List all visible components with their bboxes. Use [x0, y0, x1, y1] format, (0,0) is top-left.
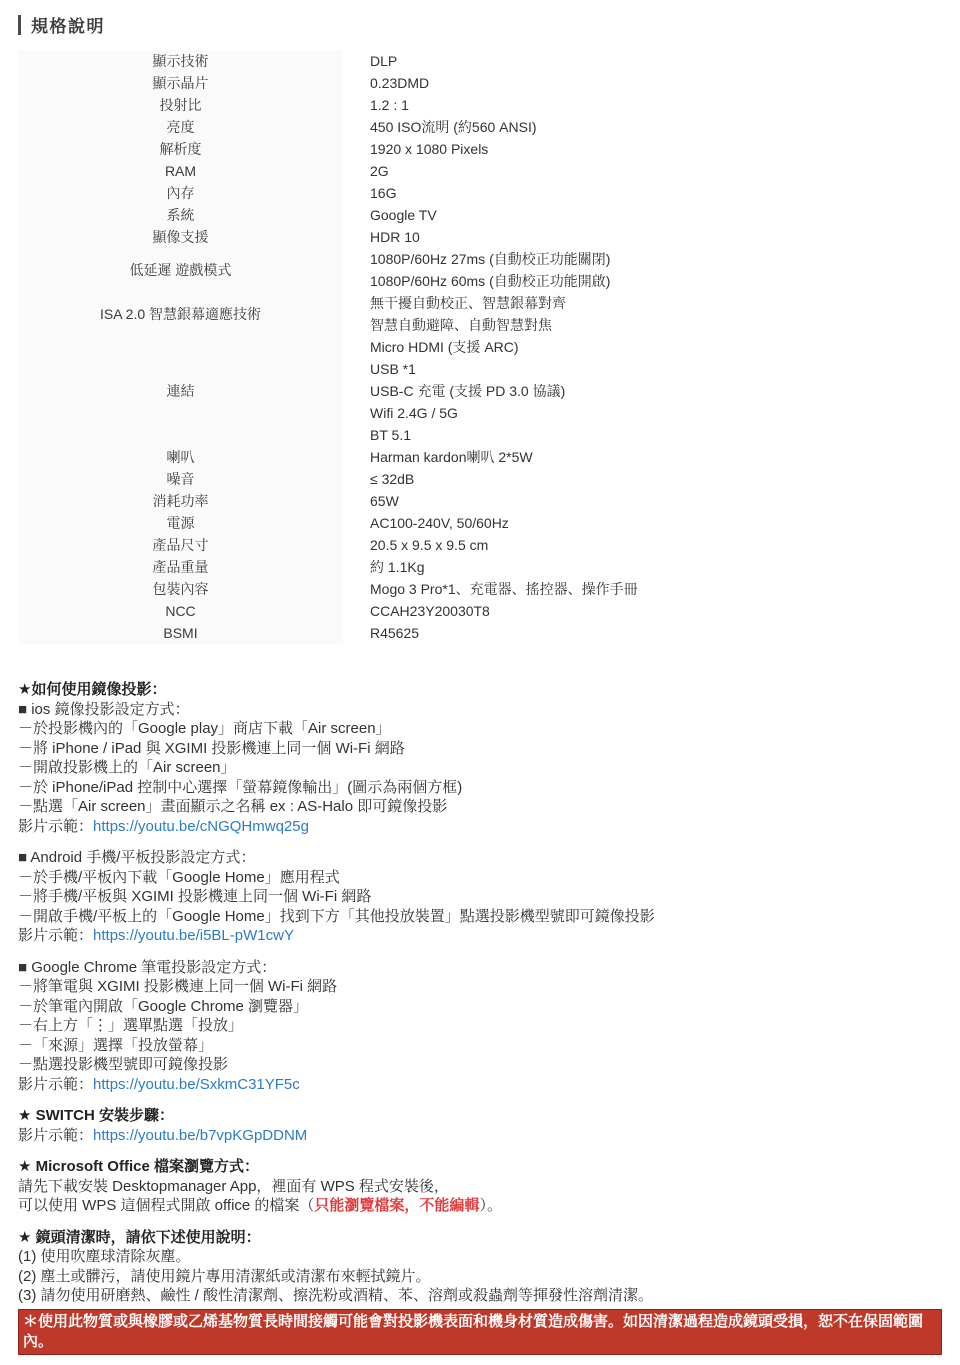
- plain-text: ）。: [479, 1197, 502, 1214]
- spec-label: BSMI: [18, 622, 343, 644]
- section-heading: ★ 鏡頭清潔時，請依下述使用說明：: [18, 1228, 942, 1248]
- info-sections: ★如何使用鏡像投影：■ ios 鏡像投影設定方式：－於投影機內的「Google …: [18, 680, 942, 1355]
- section-title-row: 規格說明: [18, 12, 942, 37]
- spec-label: 解析度: [18, 138, 343, 160]
- spec-value: 1920 x 1080 Pixels: [343, 138, 942, 160]
- spec-row: 顯示技術DLP: [18, 50, 942, 72]
- instruction-line: (2) 塵土或髒污，請使用鏡片專用清潔紙或清潔布來輕拭鏡片。: [18, 1267, 942, 1287]
- spec-row: 連結Micro HDMI (支援 ARC)USB *1USB-C 充電 (支援 …: [18, 336, 942, 446]
- section-heading: ★ SWITCH 安裝步驟：: [18, 1106, 942, 1126]
- spec-page: 規格說明 顯示技術DLP顯示晶片0.23DMD投射比1.2 : 1亮度450 I…: [0, 0, 960, 1365]
- spec-value-line: 2G: [370, 160, 942, 182]
- spec-value: 65W: [343, 490, 942, 512]
- spec-row: 包裝內容Mogo 3 Pro*1、充電器、搖控器、操作手冊: [18, 578, 942, 600]
- spec-value-line: 16G: [370, 182, 942, 204]
- section-heading: ★ Microsoft Office 檔案瀏覽方式：: [18, 1157, 942, 1177]
- spec-value-line: AC100-240V, 50/60Hz: [370, 512, 942, 534]
- spec-row: 消耗功率65W: [18, 490, 942, 512]
- instruction-line: 可以使用 WPS 這個程式開啟 office 的檔案（只能瀏覽檔案，不能編輯）。: [18, 1196, 942, 1216]
- spec-label: 投射比: [18, 94, 343, 116]
- spec-value-line: ≤ 32dB: [370, 468, 942, 490]
- spec-row: ISA 2.0 智慧銀幕適應技術無干擾自動校正、智慧銀幕對齊智慧自動避障、自動智…: [18, 292, 942, 336]
- spec-row: 解析度1920 x 1080 Pixels: [18, 138, 942, 160]
- warning-banner: ＊使用此物質或與橡膠或乙烯基物質長時間接觸可能會對投影機表面和機身材質造成傷害。…: [18, 1309, 942, 1355]
- link-prefix: 影片示範：: [18, 927, 93, 944]
- spec-label: NCC: [18, 600, 343, 622]
- title-accent-bar: [18, 15, 21, 35]
- instruction-line: ■ Google Chrome 筆電投影設定方式：: [18, 958, 942, 978]
- highlighted-text: 只能瀏覽檔案，不能編輯: [314, 1197, 479, 1214]
- spec-label: 顯示晶片: [18, 72, 343, 94]
- demo-link-line: 影片示範：https://youtu.be/cNGQHmwq25g: [18, 817, 942, 837]
- spec-row: 噪音≤ 32dB: [18, 468, 942, 490]
- spec-value-line: Micro HDMI (支援 ARC): [370, 336, 942, 358]
- spec-label: 內存: [18, 182, 343, 204]
- instruction-line: (3) 請勿使用研磨熱、鹼性 / 酸性清潔劑、擦洗粉或酒精、苯、溶劑或殺蟲劑等揮…: [18, 1286, 942, 1306]
- instruction-line: －「來源」選擇「投放螢幕」: [18, 1036, 942, 1056]
- spec-row: 喇叭Harman kardon喇叭 2*5W: [18, 446, 942, 468]
- instruction-line: －於手機/平板內下載「Google Home」應用程式: [18, 868, 942, 888]
- spec-label: 喇叭: [18, 446, 343, 468]
- spec-row: 產品重量約 1.1Kg: [18, 556, 942, 578]
- spec-label: 連結: [18, 336, 343, 446]
- spec-label: 亮度: [18, 116, 343, 138]
- section-mirroring-android: ■ Android 手機/平板投影設定方式：－於手機/平板內下載「Google …: [18, 848, 942, 946]
- instruction-line: －於投影機內的「Google play」商店下載「Air screen」: [18, 719, 942, 739]
- spec-value-line: 20.5 x 9.5 x 9.5 cm: [370, 534, 942, 556]
- section-office-viewing: ★ Microsoft Office 檔案瀏覽方式：請先下載安裝 Desktop…: [18, 1157, 942, 1216]
- spec-value-line: Mogo 3 Pro*1、充電器、搖控器、操作手冊: [370, 578, 942, 600]
- spec-label: 系統: [18, 204, 343, 226]
- spec-label: ISA 2.0 智慧銀幕適應技術: [18, 292, 343, 336]
- spec-value: Harman kardon喇叭 2*5W: [343, 446, 942, 468]
- section-lens-cleaning: ★ 鏡頭清潔時，請依下述使用說明：(1) 使用吹塵球清除灰塵。(2) 塵土或髒污…: [18, 1228, 942, 1355]
- spec-value: CCAH23Y20030T8: [343, 600, 942, 622]
- spec-value: 1.2 : 1: [343, 94, 942, 116]
- spec-value-line: USB *1: [370, 358, 942, 380]
- section-heading: ★如何使用鏡像投影：: [18, 680, 942, 700]
- video-link[interactable]: https://youtu.be/SxkmC31YF5c: [93, 1076, 300, 1093]
- spec-value: 0.23DMD: [343, 72, 942, 94]
- spec-label: RAM: [18, 160, 343, 182]
- spec-row: 產品尺寸20.5 x 9.5 x 9.5 cm: [18, 534, 942, 556]
- instruction-line: －將手機/平板與 XGIMI 投影機連上同一個 Wi-Fi 網路: [18, 887, 942, 907]
- video-link[interactable]: https://youtu.be/b7vpKGpDDNM: [93, 1127, 307, 1144]
- plain-text: 可以使用 WPS 這個程式開啟 office 的檔案（: [18, 1197, 314, 1214]
- instruction-line: －於 iPhone/iPad 控制中心選擇「螢幕鏡像輸出」(圖示為兩個方框): [18, 778, 942, 798]
- spec-row: 投射比1.2 : 1: [18, 94, 942, 116]
- spec-row: NCCCCAH23Y20030T8: [18, 600, 942, 622]
- instruction-line: ■ Android 手機/平板投影設定方式：: [18, 848, 942, 868]
- spec-value-line: 65W: [370, 490, 942, 512]
- section-switch-install: ★ SWITCH 安裝步驟：影片示範：https://youtu.be/b7vp…: [18, 1106, 942, 1145]
- spec-value: ≤ 32dB: [343, 468, 942, 490]
- spec-value: Mogo 3 Pro*1、充電器、搖控器、操作手冊: [343, 578, 942, 600]
- section-mirroring-chrome: ■ Google Chrome 筆電投影設定方式：－將筆電與 XGIMI 投影機…: [18, 958, 942, 1095]
- spec-row: 亮度450 ISO流明 (約560 ANSI): [18, 116, 942, 138]
- spec-value-line: Harman kardon喇叭 2*5W: [370, 446, 942, 468]
- spec-label: 產品尺寸: [18, 534, 343, 556]
- spec-value: R45625: [343, 622, 942, 644]
- spec-label: 低延遲 遊戲模式: [18, 248, 343, 292]
- spec-value: 16G: [343, 182, 942, 204]
- demo-link-line: 影片示範：https://youtu.be/SxkmC31YF5c: [18, 1075, 942, 1095]
- spec-value: Google TV: [343, 204, 942, 226]
- instruction-line: －於筆電內開啟「Google Chrome 瀏覽器」: [18, 997, 942, 1017]
- spec-value-line: 1080P/60Hz 27ms (自動校正功能關閉): [370, 248, 942, 270]
- spec-label: 噪音: [18, 468, 343, 490]
- spec-row: RAM2G: [18, 160, 942, 182]
- spec-row: 內存16G: [18, 182, 942, 204]
- spec-value-line: Google TV: [370, 204, 942, 226]
- instruction-line: －點選投影機型號即可鏡像投影: [18, 1055, 942, 1075]
- spec-value-line: 約 1.1Kg: [370, 556, 942, 578]
- section-mirroring-ios: ★如何使用鏡像投影：■ ios 鏡像投影設定方式：－於投影機內的「Google …: [18, 680, 942, 836]
- spec-value-line: R45625: [370, 622, 942, 644]
- instruction-line: ■ ios 鏡像投影設定方式：: [18, 700, 942, 720]
- spec-row: 電源AC100-240V, 50/60Hz: [18, 512, 942, 534]
- spec-value-line: 450 ISO流明 (約560 ANSI): [370, 116, 942, 138]
- spec-value: DLP: [343, 50, 942, 72]
- spec-value-line: 0.23DMD: [370, 72, 942, 94]
- spec-value: 450 ISO流明 (約560 ANSI): [343, 116, 942, 138]
- spec-value: 無干擾自動校正、智慧銀幕對齊智慧自動避障、自動智慧對焦: [343, 292, 942, 336]
- instruction-line: －點選「Air screen」畫面顯示之名稱 ex : AS-Halo 即可鏡像…: [18, 797, 942, 817]
- spec-row: 顯示晶片0.23DMD: [18, 72, 942, 94]
- spec-label: 顯像支援: [18, 226, 343, 248]
- spec-value-line: Wifi 2.4G / 5G: [370, 402, 942, 424]
- spec-label: 顯示技術: [18, 50, 343, 72]
- spec-value-line: 智慧自動避障、自動智慧對焦: [370, 314, 942, 336]
- spec-value: 20.5 x 9.5 x 9.5 cm: [343, 534, 942, 556]
- instruction-line: －開啟投影機上的「Air screen」: [18, 758, 942, 778]
- demo-link-line: 影片示範：https://youtu.be/b7vpKGpDDNM: [18, 1126, 942, 1146]
- spec-value: HDR 10: [343, 226, 942, 248]
- spec-row: 顯像支援HDR 10: [18, 226, 942, 248]
- spec-label: 電源: [18, 512, 343, 534]
- spec-label: 消耗功率: [18, 490, 343, 512]
- instruction-line: －右上方「⋮」選單點選「投放」: [18, 1016, 942, 1036]
- spec-value-line: HDR 10: [370, 226, 942, 248]
- page-title: 規格說明: [31, 12, 105, 37]
- instruction-line: －開啟手機/平板上的「Google Home」找到下方「其他投放裝置」點選投影機…: [18, 907, 942, 927]
- spec-table: 顯示技術DLP顯示晶片0.23DMD投射比1.2 : 1亮度450 ISO流明 …: [18, 50, 942, 644]
- spec-label: 產品重量: [18, 556, 343, 578]
- spec-value-line: USB-C 充電 (支援 PD 3.0 協議): [370, 380, 942, 402]
- instruction-line: 請先下載安裝 Desktopmanager App，裡面有 WPS 程式安裝後，: [18, 1177, 942, 1197]
- spec-value: 1080P/60Hz 27ms (自動校正功能關閉)1080P/60Hz 60m…: [343, 248, 942, 292]
- instruction-line: (1) 使用吹塵球清除灰塵。: [18, 1247, 942, 1267]
- spec-value-line: DLP: [370, 50, 942, 72]
- spec-value: Micro HDMI (支援 ARC)USB *1USB-C 充電 (支援 PD…: [343, 336, 942, 446]
- link-prefix: 影片示範：: [18, 1076, 93, 1093]
- spec-value: 約 1.1Kg: [343, 556, 942, 578]
- spec-value-line: BT 5.1: [370, 424, 942, 446]
- spec-value-line: 1920 x 1080 Pixels: [370, 138, 942, 160]
- spec-row: 系統Google TV: [18, 204, 942, 226]
- spec-row: 低延遲 遊戲模式1080P/60Hz 27ms (自動校正功能關閉)1080P/…: [18, 248, 942, 292]
- spec-label: 包裝內容: [18, 578, 343, 600]
- link-prefix: 影片示範：: [18, 1127, 93, 1144]
- spec-value-line: CCAH23Y20030T8: [370, 600, 942, 622]
- demo-link-line: 影片示範：https://youtu.be/i5BL-pW1cwY: [18, 926, 942, 946]
- spec-value: 2G: [343, 160, 942, 182]
- spec-value-line: 1.2 : 1: [370, 94, 942, 116]
- instruction-line: －將 iPhone / iPad 與 XGIMI 投影機連上同一個 Wi-Fi …: [18, 739, 942, 759]
- video-link[interactable]: https://youtu.be/cNGQHmwq25g: [93, 818, 309, 835]
- video-link[interactable]: https://youtu.be/i5BL-pW1cwY: [93, 927, 294, 944]
- instruction-line: －將筆電與 XGIMI 投影機連上同一個 Wi-Fi 網路: [18, 977, 942, 997]
- spec-value-line: 1080P/60Hz 60ms (自動校正功能開啟): [370, 270, 942, 292]
- link-prefix: 影片示範：: [18, 818, 93, 835]
- spec-value-line: 無干擾自動校正、智慧銀幕對齊: [370, 292, 942, 314]
- spec-value: AC100-240V, 50/60Hz: [343, 512, 942, 534]
- spec-row: BSMIR45625: [18, 622, 942, 644]
